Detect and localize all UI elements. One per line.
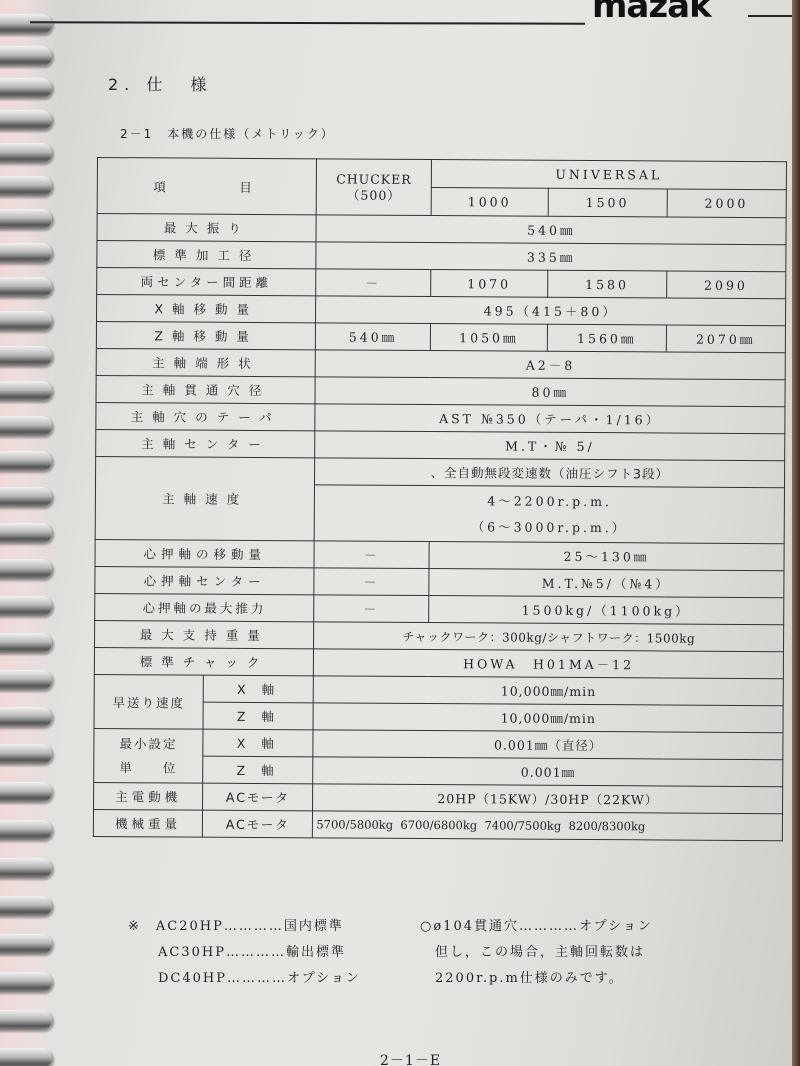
row-value-u1500: 1560㎜: [547, 324, 666, 352]
row-label: 主軸センター: [96, 429, 316, 457]
row-value: 0.001㎜（直径）: [313, 730, 783, 760]
row-value: 10,000㎜/min: [314, 676, 784, 706]
table-row: 両センター間距離 － 1070 1580 2090: [97, 268, 786, 299]
table-row: 標準加工径 335㎜: [97, 241, 786, 272]
subsection-title: 2－1 本機の仕様（メトリック）: [120, 125, 335, 142]
weight-2000a: 7400/7500kg: [484, 818, 561, 832]
table-row: 標準チャック HOWA H01MA－12: [94, 647, 783, 678]
row-label: 最大支持重量: [95, 620, 315, 648]
table-row: 心押軸センター － M.T.№5/（№4）: [95, 566, 784, 597]
row-sublabel: Z 軸: [203, 702, 313, 730]
binder-ring: [0, 416, 52, 436]
mazak-logo: mazak: [592, 0, 711, 26]
table-row: Z軸移動量 540㎜ 1050㎜ 1560㎜ 2070㎜: [96, 322, 785, 353]
binder-ring: [0, 782, 52, 802]
header-item: 項 目: [97, 158, 317, 215]
binder-ring: [0, 1010, 52, 1030]
binder-ring: [0, 311, 52, 331]
header-rule: [30, 21, 585, 24]
table-header-row: 項 目 CHUCKER （500） UNIVERSAL: [97, 158, 786, 190]
row-value-u1000: 1050㎜: [430, 324, 548, 352]
header-chucker-label: CHUCKER: [321, 171, 426, 188]
note-line: ○ø104貫通穴…………オプション: [420, 914, 653, 940]
row-value: M.T.№5/（№4）: [429, 569, 784, 598]
row-label: 主軸速度: [95, 456, 315, 540]
row-value-chucker: 540㎜: [316, 323, 430, 351]
table-row: 主軸貫通穴径 80㎜: [96, 375, 785, 406]
note-line: DC40HP…………オプション: [128, 966, 361, 992]
row-value: 10,000㎜/min: [313, 703, 783, 733]
row-label: 機械重量: [93, 809, 202, 837]
page-edge: [792, 0, 800, 1066]
note-line: 但し，この場合，主軸回転数は: [420, 940, 653, 966]
row-label: 主軸端形状: [96, 348, 316, 376]
binder-ring: [0, 381, 52, 401]
header-chucker: CHUCKER （500）: [317, 159, 432, 216]
binder-ring: [0, 14, 52, 34]
row-value: 540㎜: [316, 215, 786, 245]
row-value: A2－8: [316, 350, 786, 380]
row-value-chucker: －: [314, 595, 428, 623]
row-label: 両センター間距離: [97, 268, 317, 296]
note-line: 2200r.p.m仕様のみです。: [420, 966, 653, 992]
table-row: 主軸センター M.T・№ 5/: [96, 429, 785, 460]
table-row: 最小設定 単 位 X 軸 0.001㎜（直径）: [94, 728, 783, 759]
binder-ring: [0, 858, 52, 878]
notes-left: ※ AC20HP…………国内標準 AC30HP…………輸出標準 DC40HP………: [128, 914, 361, 992]
binder-ring: [0, 934, 52, 954]
table-row: 主軸速度 、全自動無段変速数（油圧シフト3段）: [96, 456, 785, 487]
row-value-line1: 、全自動無段変速数（油圧シフト3段）: [315, 458, 785, 488]
row-value: 5700/5800kg 6700/6800kg 7400/7500kg 8200…: [313, 811, 783, 841]
row-label: Z軸移動量: [96, 322, 316, 350]
note-line: ※ AC20HP…………国内標準: [128, 914, 361, 940]
notes-right: ○ø104貫通穴…………オプション 但し，この場合，主軸回転数は 2200r.p…: [420, 914, 653, 992]
table-row: 最大支持重量 チャックワーク：300kg/シャフトワーク：1500kg: [95, 620, 784, 651]
row-value-chucker: －: [314, 541, 428, 569]
row-sublabel: Z 軸: [203, 756, 313, 784]
page-number: 2－1－E: [380, 1050, 441, 1066]
binder-ring: [0, 523, 52, 543]
row-label: 標準加工径: [97, 241, 317, 269]
row-label-line1: 最小設定: [98, 732, 198, 757]
binder-ring: [0, 744, 52, 764]
note-line: AC30HP…………輸出標準: [128, 940, 361, 966]
table-row: 主軸端形状 A2－8: [96, 348, 785, 379]
row-sublabel: X 軸: [203, 729, 313, 757]
row-label: 標準チャック: [94, 647, 314, 675]
row-label: 心押軸の移動量: [95, 539, 315, 567]
table-row: 機械重量 ACモータ 5700/5800kg 6700/6800kg 7400/…: [93, 809, 782, 840]
row-value: 80㎜: [315, 377, 785, 407]
binder-ring: [0, 820, 52, 840]
binder-ring: [0, 1048, 52, 1066]
row-value: M.T・№ 5/: [315, 431, 785, 461]
row-sublabel: X 軸: [203, 675, 313, 703]
binder-ring: [0, 451, 52, 471]
row-value: 335㎜: [316, 242, 786, 272]
binder-ring: [0, 596, 52, 616]
row-value-line2: 4〜2200r.p.m.: [319, 487, 780, 516]
row-value: 20HP（15KW）/30HP（22KW）: [313, 784, 783, 814]
table-row: 心押軸の移動量 － 25〜130㎜: [95, 539, 784, 570]
row-label-line2: 単 位: [98, 756, 198, 781]
header-u1000: 1000: [431, 188, 549, 217]
row-value: 25〜130㎜: [429, 542, 784, 571]
binder-ring: [0, 633, 52, 653]
binder-ring: [0, 670, 52, 690]
row-value-u1000: 1070: [430, 270, 548, 298]
binder-ring: [0, 707, 52, 727]
header-chucker-sub: （500）: [321, 187, 426, 204]
binder-ring: [0, 277, 52, 297]
binder-ring: [0, 78, 52, 98]
row-value-speed: 4〜2200r.p.m. （6〜3000r.p.m.）: [315, 485, 785, 544]
row-label: 早送り速度: [94, 674, 204, 729]
row-sublabel: ACモータ: [203, 810, 313, 838]
weight-2000b: 8200/8300kg: [569, 819, 646, 833]
table-row: 主電動機 ACモータ 20HP（15KW）/30HP（22KW）: [94, 782, 783, 813]
row-label: 主電動機: [94, 782, 203, 810]
binder-ring: [0, 176, 52, 196]
row-sublabel: ACモータ: [203, 783, 313, 811]
row-value-u1500: 1580: [548, 270, 667, 298]
binder-ring: [0, 559, 52, 579]
row-value: HOWA H01MA－12: [314, 649, 784, 679]
row-value-chucker: －: [314, 568, 428, 596]
table-row: 心押軸の最大推力 － 1500kg/（1100kg）: [95, 593, 784, 624]
row-label: 心押軸の最大推力: [95, 593, 315, 621]
table-row: 主軸穴のテーパ AST №350（テーパ・1/16）: [96, 402, 785, 433]
binder-ring: [0, 346, 52, 366]
row-value: 0.001㎜: [313, 757, 783, 787]
row-label: 最大振り: [97, 214, 317, 242]
binder-ring: [0, 209, 52, 229]
spec-table: 項 目 CHUCKER （500） UNIVERSAL 1000 1500 20…: [93, 157, 787, 841]
table-row: 最大振り 540㎜: [97, 214, 786, 245]
table-row: X軸移動量 495（415＋80）: [96, 295, 785, 326]
row-label: X軸移動量: [96, 295, 316, 323]
row-label: 主軸貫通穴径: [96, 375, 316, 403]
row-value-line3: （6〜3000r.p.m.）: [319, 513, 780, 542]
row-value: チャックワーク：300kg/シャフトワーク：1500kg: [314, 622, 784, 652]
row-label: 心押軸センター: [95, 566, 315, 594]
binder-ring: [0, 110, 52, 130]
row-value-chucker: －: [316, 269, 430, 297]
row-value: 495（415＋80）: [316, 296, 786, 326]
table-row: 早送り速度 X 軸 10,000㎜/min: [94, 674, 783, 705]
binder-ring: [0, 972, 52, 992]
binder-ring: [0, 143, 52, 163]
weight-1000: 5700/5800kg: [316, 817, 393, 831]
row-value-u2000: 2070㎜: [666, 325, 786, 353]
header-universal: UNIVERSAL: [431, 160, 786, 190]
row-value-u2000: 2090: [666, 271, 786, 299]
binder-ring: [0, 487, 52, 507]
row-label: 主軸穴のテーパ: [96, 402, 316, 430]
row-value: 1500kg/（1100kg）: [428, 596, 783, 625]
spiral-binding: [0, 0, 60, 1066]
binder-ring: [0, 896, 52, 916]
row-value: AST №350（テーパ・1/16）: [315, 404, 785, 434]
row-label: 最小設定 単 位: [94, 728, 204, 783]
header-u2000: 2000: [667, 189, 787, 218]
weight-1500: 6700/6800kg: [400, 818, 477, 832]
header-u1500: 1500: [548, 188, 667, 217]
binder-ring: [0, 243, 52, 263]
binder-ring: [0, 46, 52, 66]
section-title: 2. 仕 様: [108, 72, 212, 95]
